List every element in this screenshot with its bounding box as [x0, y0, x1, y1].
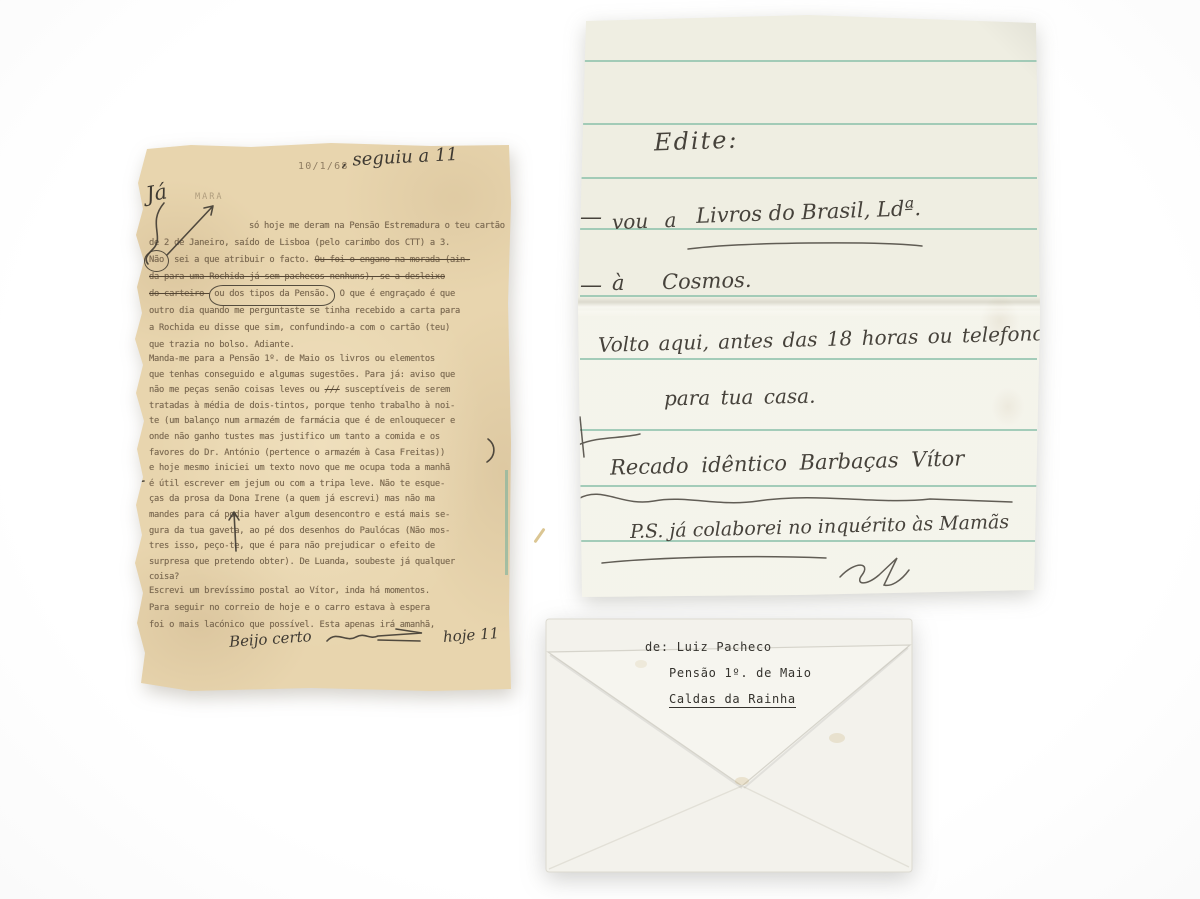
typed-line: tratadas à média de dois-tintos, porque … — [149, 399, 511, 415]
envelope-sender-line: Pensão 1º. de Maio — [669, 666, 812, 680]
list-dash: — — [580, 205, 602, 230]
struck-text: da para uma Rochida já sem pachecos nenh… — [149, 272, 445, 282]
margin-dash — [131, 481, 144, 483]
typed-line: é útil escrever em jejum ou com a tripa … — [149, 477, 511, 493]
typed-line: gura da tua gaveta, ao pé dos desenhos d… — [149, 524, 511, 540]
struck-text: /// — [325, 385, 340, 395]
typed-text: susceptíveis de serem — [340, 385, 450, 395]
ruled-line — [580, 177, 1037, 179]
typed-text: de 2 de Janeiro, saído de Lisboa (pelo c… — [149, 238, 450, 248]
typed-line: e hoje mesmo iniciei um texto novo que m… — [149, 461, 511, 477]
envelope-sender-city-underlined: Caldas da Rainha — [669, 692, 796, 708]
note-postscript: P.S. já colaborei no inquérito às Mamãs — [630, 511, 1010, 543]
typed-text: e hoje mesmo iniciei um texto novo que m… — [149, 463, 450, 473]
handwritten-date-note: , seguiu a 11 — [341, 144, 459, 171]
typed-text: favores do Dr. António (pertence o armaz… — [149, 448, 445, 458]
typed-line: Escrevi um brevíssimo postal ao Vítor, i… — [149, 583, 511, 600]
ruled-line — [580, 123, 1037, 125]
typed-line: do carteiro ou dos tipos da Pensão. O qu… — [149, 286, 511, 303]
typed-text: tres isso, peço-te, que é para não preju… — [149, 541, 435, 551]
note-line: Recado idêntico Barbaças Vítor — [610, 446, 965, 479]
typed-text: a Rochida eu disse que sim, confundindo-… — [149, 323, 450, 333]
typed-text: ças da prosa da Dona Irene (a quem já es… — [149, 494, 435, 504]
envelope: de: Luiz Pacheco Pensão 1º. de Maio Cald… — [545, 618, 913, 873]
note-line: Volto aqui, antes das 18 horas ou telefo… — [598, 321, 1045, 357]
paragraph-2: Manda-me para a Pensão 1º. de Maio os li… — [149, 352, 511, 586]
typed-line: a Rochida eu disse que sim, confundindo-… — [149, 320, 511, 337]
typed-line: favores do Dr. António (pertence o armaz… — [149, 446, 511, 462]
envelope-sender-line: de: Luiz Pacheco — [645, 640, 772, 654]
stain — [635, 660, 647, 668]
typed-text: que tenhas conseguido e algumas sugestõe… — [149, 370, 455, 380]
note-line-underlined: Livros do Brasil, Ldª. — [696, 196, 922, 228]
list-dash: — — [580, 273, 602, 298]
typed-text: outro dia quando me perguntaste se tinha… — [149, 306, 460, 316]
typed-line: não me peças senão coisas leves ou /// s… — [149, 383, 511, 399]
typed-text: surpresa que pretendo obter). De Luanda,… — [149, 557, 455, 567]
note-line: Cosmos. — [662, 268, 752, 294]
typed-line: da para uma Rochida já sem pachecos nenh… — [149, 269, 511, 286]
typed-line: mandes para cá podia haver algum desenco… — [149, 508, 511, 524]
paragraph-1: só hoje me deram na Pensão Estremadura o… — [149, 218, 511, 354]
paper-fiber — [533, 528, 545, 544]
struck-text: do carteiro — [149, 289, 209, 299]
handwritten-note: Edite: — vou a Livros do Brasil, Ldª. — … — [578, 15, 1040, 597]
typed-line: Para seguir no correio de hoje e o carro… — [149, 600, 511, 617]
note-line: à — [612, 271, 625, 295]
typed-text: não me peças senão coisas leves ou — [149, 385, 325, 395]
typed-line: te (um balanço num armazém de farmácia q… — [149, 414, 511, 430]
typed-line: ças da prosa da Dona Irene (a quem já es… — [149, 492, 511, 508]
typed-text: só hoje me deram na Pensão Estremadura o… — [249, 221, 505, 231]
typed-text: Manda-me para a Pensão 1º. de Maio os li… — [149, 354, 435, 364]
typed-text: mandes para cá podia haver algum desenco… — [149, 510, 450, 520]
typed-text: onde não ganho tustes mas justifico um t… — [149, 432, 440, 442]
note-signature — [840, 558, 909, 585]
salutation: MARA — [195, 192, 223, 202]
handwritten-closing-date: hoje 11 — [442, 624, 499, 646]
typed-text: te (um balanço num armazém de farmácia q… — [149, 416, 455, 426]
typed-letter: 10/1/68 , seguiu a 11 Já MARA só hoje me… — [131, 143, 511, 691]
letter-paper: 10/1/68 , seguiu a 11 Já MARA só hoje me… — [131, 143, 511, 691]
typed-line: outro dia quando me perguntaste se tinha… — [149, 303, 511, 320]
note-heading: Edite: — [654, 126, 739, 157]
typed-line: Não sei a que atribuir o facto. Ou foi o… — [149, 252, 511, 269]
typed-line: Manda-me para a Pensão 1º. de Maio os li… — [149, 352, 511, 368]
typed-text: sei a que atribuir o facto. — [169, 255, 314, 265]
stain — [735, 777, 749, 785]
typed-line: surpresa que pretendo obter). De Luanda,… — [149, 555, 511, 571]
typed-text: coisa? — [149, 572, 179, 582]
typed-line: só hoje me deram na Pensão Estremadura o… — [149, 218, 511, 235]
struck-text: Ou foi o engano na morada (ain- — [315, 255, 471, 265]
wavy-divider-stroke — [578, 494, 1012, 502]
note-paper: Edite: — vou a Livros do Brasil, Ldª. — … — [578, 15, 1040, 597]
typed-text: que trazia no bolso. Adiante. — [149, 340, 294, 350]
typed-line: que tenhas conseguido e algumas sugestõe… — [149, 368, 511, 384]
typed-text: gura da tua gaveta, ao pé dos desenhos d… — [149, 526, 450, 536]
envelope-back — [545, 618, 913, 873]
ruled-line — [580, 60, 1037, 62]
typed-text: O que é engraçado é que — [335, 289, 455, 299]
handwritten-ja-annotation: Já — [144, 179, 169, 206]
typed-text: Escrevi um brevíssimo postal ao Vítor, i… — [149, 586, 430, 596]
photo-stage: 10/1/68 , seguiu a 11 Já MARA só hoje me… — [0, 0, 1200, 899]
underline-stroke — [688, 243, 922, 249]
typed-line: onde não ganho tustes mas justifico um t… — [149, 430, 511, 446]
ruled-line — [580, 295, 1037, 297]
typed-text: tratadas à média de dois-tintos, porque … — [149, 401, 455, 411]
typed-text: é útil escrever em jejum ou com a tripa … — [149, 479, 445, 489]
typed-line: de 2 de Janeiro, saído de Lisboa (pelo c… — [149, 235, 511, 252]
typed-line: tres isso, peço-te, que é para não preju… — [149, 539, 511, 555]
ruled-line — [580, 485, 1037, 487]
ruled-line — [580, 429, 1037, 431]
margin-mark — [578, 417, 640, 457]
ruled-line — [580, 358, 1037, 360]
ps-underline-stroke — [602, 557, 826, 563]
stain — [829, 733, 845, 743]
note-ink-strokes — [578, 15, 1040, 597]
typed-text: Para seguir no correio de hoje e o carro… — [149, 603, 430, 613]
note-line: para tua casa. — [664, 384, 816, 411]
note-line: vou a — [612, 208, 677, 234]
